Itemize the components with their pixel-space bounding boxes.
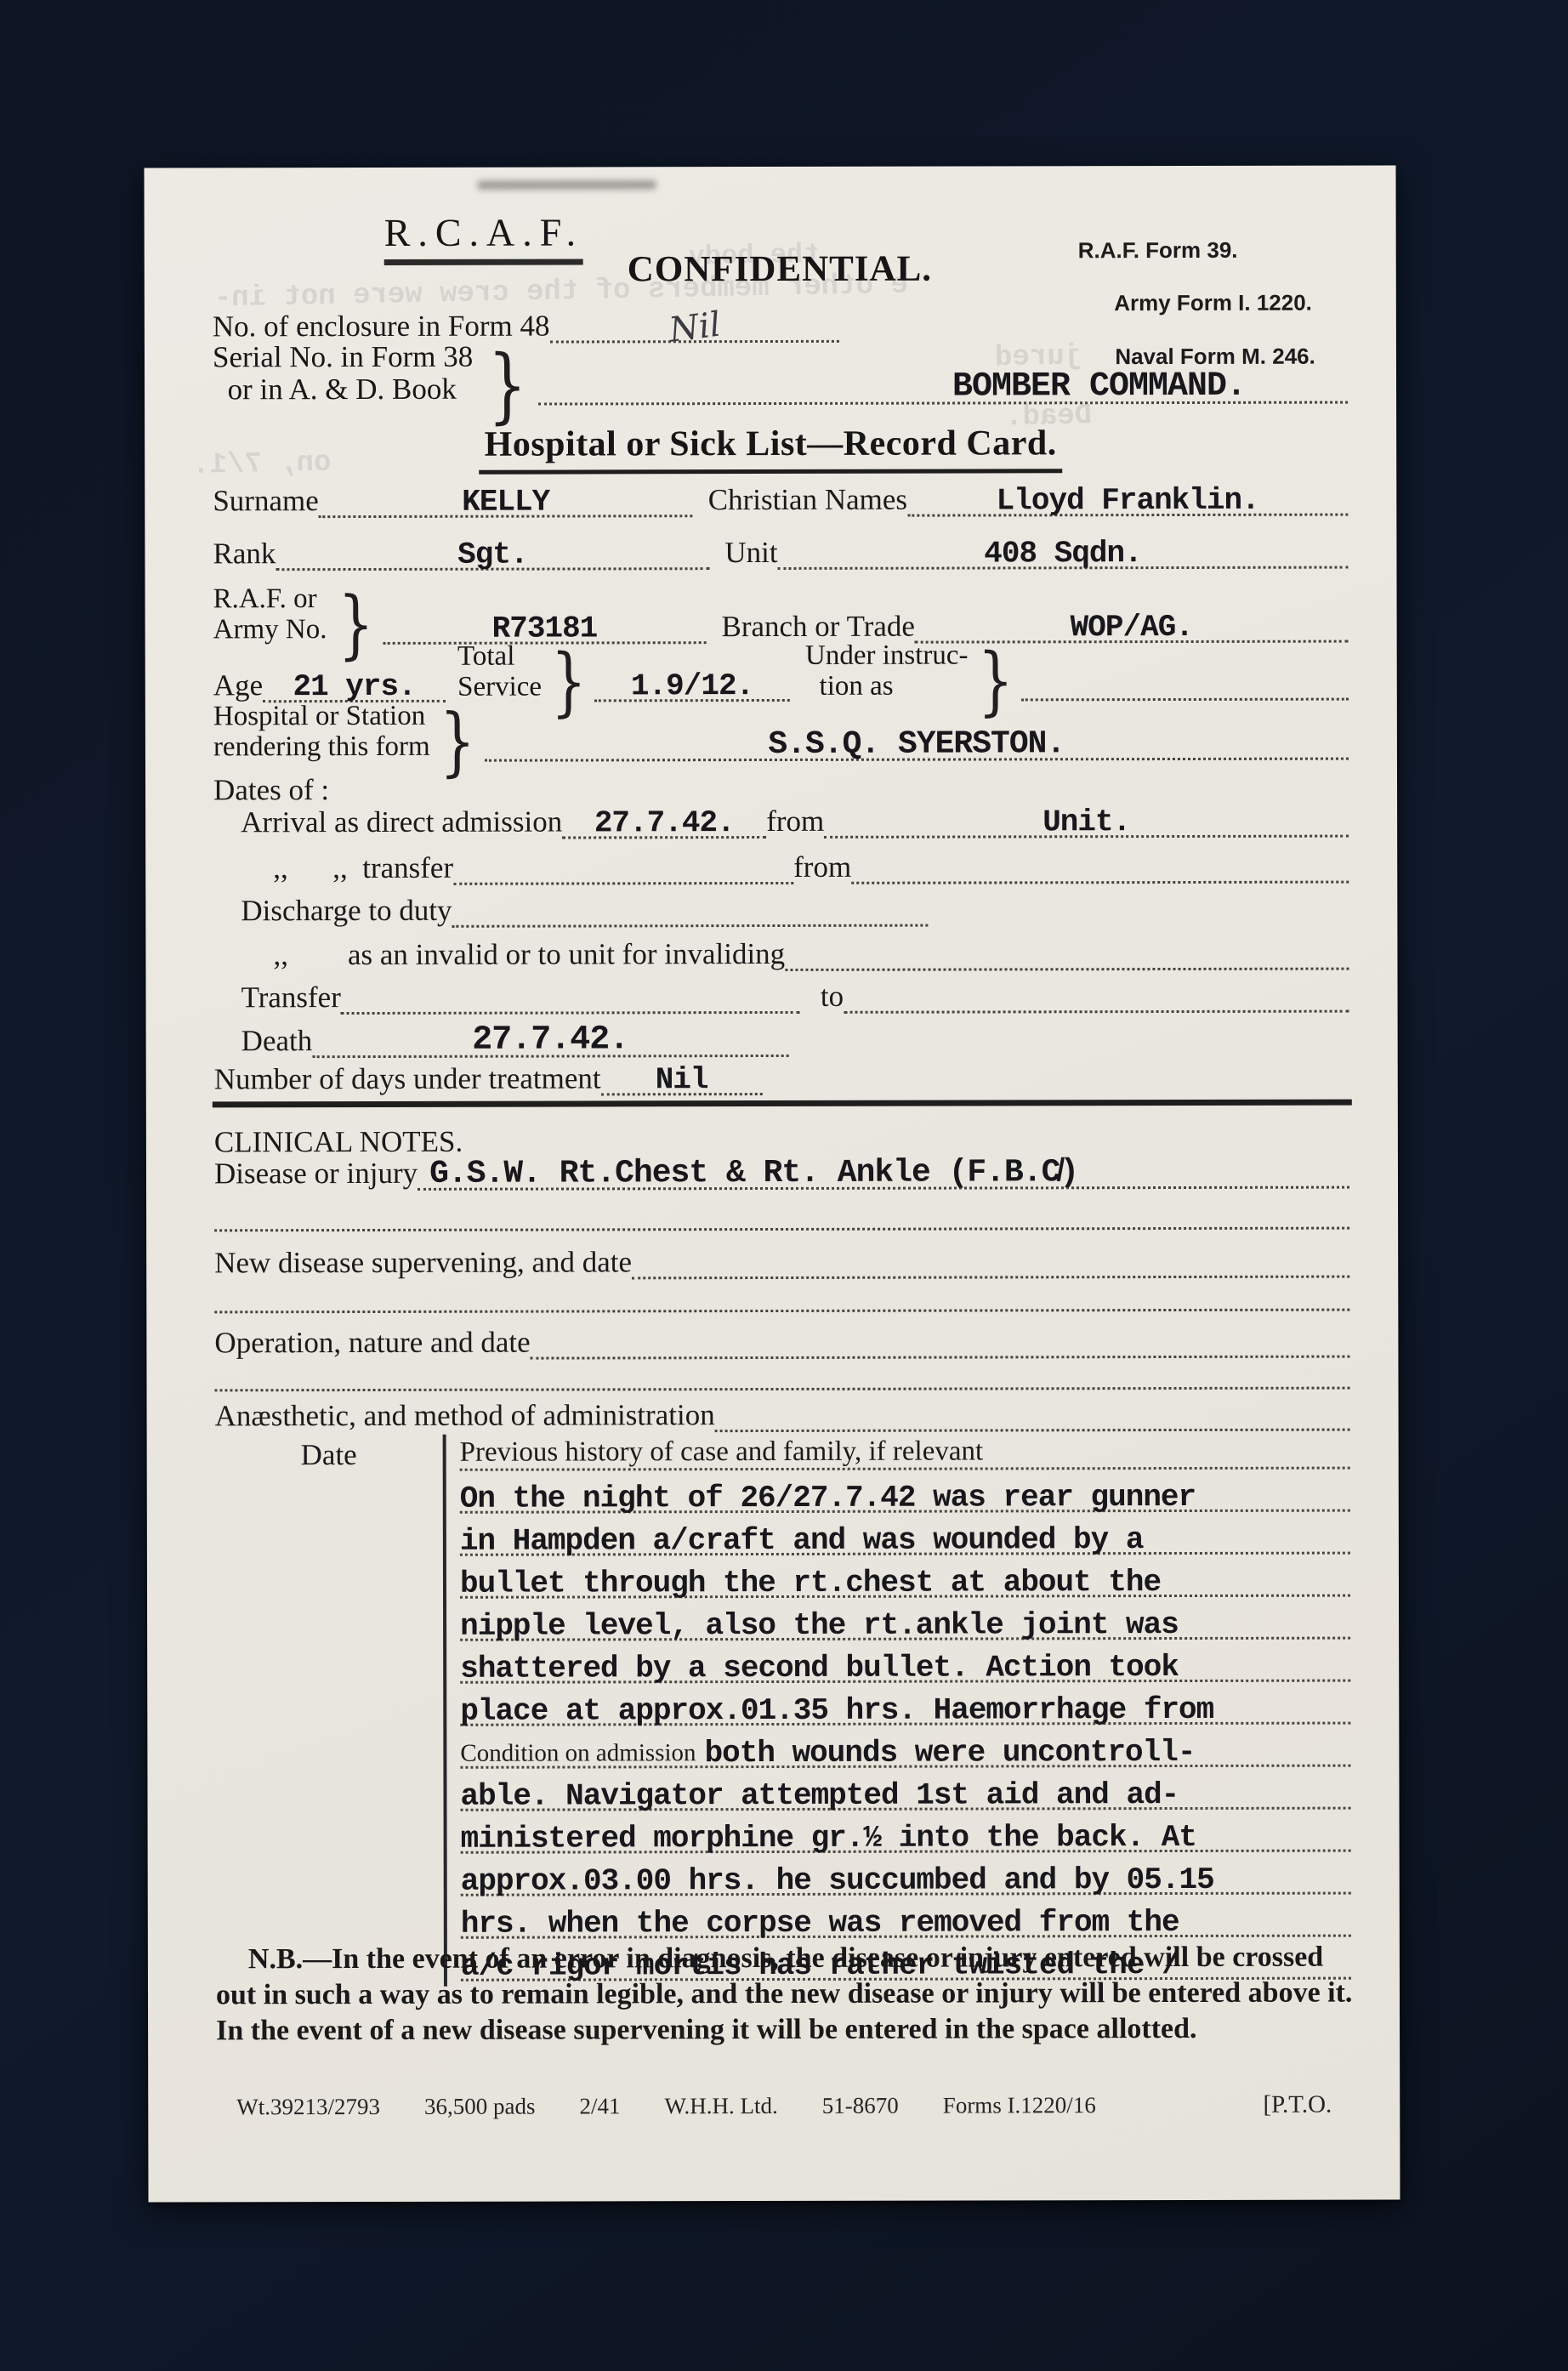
rank-row: Rank Sgt. Unit 408 Sqdn.	[213, 535, 1348, 571]
hospital-value: S.S.Q. SYERSTON.	[768, 726, 1065, 764]
enclosure-row: No. of enclosure in Form 48 Nil	[213, 300, 995, 344]
disease-label: Disease or injury	[214, 1157, 418, 1191]
serial-brace: }	[488, 351, 527, 421]
history-line: in Hampden a/craft and was wounded by a	[460, 1512, 1350, 1556]
card-title: Hospital or Sick List—Record Card.	[480, 423, 1062, 474]
death-row: Death 27.7.42.	[241, 1020, 1349, 1059]
history-line: approx.03.00 hrs. he succumbed and by 05…	[461, 1852, 1351, 1896]
arrival-row: Arrival as direct admission 27.7.42. fro…	[241, 804, 1349, 840]
nb-footnote: N.B.—In the event of an error in diagnos…	[216, 1940, 1355, 2050]
dotted-line	[531, 1347, 1350, 1360]
dotted-line: Sgt.	[276, 537, 709, 571]
disease-row: Disease or injury G.S.W. Rt.Chest & Rt. …	[214, 1154, 1349, 1191]
ink-smudge	[478, 180, 656, 189]
photo-background: the body e other members of the crew wer…	[0, 0, 1568, 2371]
card-title-wrap: Hospital or Sick List—Record Card.	[145, 422, 1396, 475]
serial-label: Serial No. in Form 38 or in A. & D. Book	[213, 341, 473, 406]
rank-label: Rank	[213, 537, 276, 571]
hospital-brace: }	[440, 710, 475, 774]
anaesthetic-row: Anæsthetic, and method of administration	[215, 1397, 1350, 1434]
pto-marker: [P.T.O.	[1263, 2091, 1332, 2119]
dotted-line: 27.7.42.	[562, 805, 766, 839]
record-card: the body e other members of the crew wer…	[144, 165, 1400, 2202]
history-line: hrs. when the corpse was removed from th…	[461, 1895, 1351, 1939]
new-disease-row: New disease supervening, and date	[214, 1244, 1349, 1281]
dotted-line	[785, 959, 1349, 971]
imprint-item: 36,500 pads	[424, 2094, 536, 2120]
history-line: bullet through the rt.chest at about the	[460, 1555, 1350, 1599]
operation-row: Operation, nature and date	[214, 1324, 1349, 1361]
dotted-line	[453, 873, 793, 885]
transfer-to-label: to	[821, 980, 844, 1014]
death-label: Death	[241, 1024, 313, 1058]
dotted-line: 1.9/12.	[594, 668, 790, 702]
unit-label: Unit	[724, 536, 777, 570]
unit-value: 408 Sqdn.	[984, 536, 1142, 571]
dotted-line: G.S.W. Rt.Chest & Rt. Ankle (F.B.C̸)	[418, 1154, 1349, 1191]
history-line: able. Navigator attempted 1st aid and ad…	[460, 1767, 1350, 1811]
imprint-item: W.H.H. Ltd.	[665, 2093, 778, 2119]
dotted-line: S.S.Q. SYERSTON.	[485, 725, 1349, 762]
age-row: Age 21 yrs. TotalService } 1.9/12. Under…	[213, 640, 1349, 703]
total-service-label: TotalService	[457, 642, 542, 702]
dotted-line: KELLY	[319, 484, 693, 518]
hospital-label: Hospital or Stationrendering this form	[213, 702, 430, 763]
total-service-value: 1.9/12.	[631, 668, 753, 703]
condition-on-admission-value: both wounds were uncontroll-	[705, 1735, 1196, 1771]
transfer-admission-row: ,, ,, transfer from	[273, 850, 1349, 886]
service-number-row: R.A.F. orArmy No. } R73181 Branch or Tra…	[213, 583, 1349, 645]
dates-heading: Dates of :	[213, 773, 329, 807]
days-under-treatment-label: Number of days under treatment	[214, 1061, 601, 1096]
dotted-line	[452, 916, 929, 928]
name-row: Surname KELLY Christian Names Lloyd Fran…	[213, 482, 1348, 519]
operation-label: Operation, nature and date	[214, 1326, 530, 1361]
dotted-line	[715, 1420, 1350, 1433]
dotted-line: Nil	[601, 1062, 763, 1095]
under-instruction-label: Under instruc- tion as	[805, 641, 969, 702]
dotted-line	[214, 1363, 1349, 1392]
transfer-to-row: Transfer to	[241, 979, 1349, 1015]
imprint-item: Wt.39213/2793	[236, 2094, 380, 2120]
form-ref: Army Form I. 1220.	[1114, 290, 1312, 316]
age-value: 21 yrs.	[293, 669, 415, 704]
dotted-line	[844, 1002, 1349, 1014]
arrival-from-label: from	[766, 805, 824, 839]
dotted-line: Lloyd Franklin.	[907, 483, 1348, 517]
days-under-treatment-value: Nil	[656, 1062, 708, 1097]
history-line: shattered by a second bullet. Action too…	[460, 1640, 1350, 1684]
arrival-label: Arrival as direct admission	[241, 805, 562, 840]
history-line: nipple level, also the rt.ankle joint wa…	[460, 1597, 1350, 1641]
dotted-line: Nil	[549, 301, 838, 344]
surname-value: KELLY	[462, 485, 549, 520]
history-line: place at approx.01.35 hrs. Haemorrhage f…	[460, 1682, 1350, 1726]
death-date-value: 27.7.42.	[472, 1021, 628, 1059]
dotted-line: 27.7.42.	[312, 1021, 788, 1058]
transfer-from-label: from	[793, 850, 851, 884]
hospital-row: Hospital or Stationrendering this form }…	[213, 700, 1349, 763]
dotted-line: Unit.	[824, 805, 1349, 839]
age-label: Age	[213, 669, 263, 703]
dotted-line: R73181	[383, 611, 706, 645]
new-disease-label: New disease supervening, and date	[214, 1245, 632, 1280]
dotted-line	[214, 1285, 1349, 1314]
discharge-label: Discharge to duty	[241, 894, 452, 929]
condition-on-admission-label: Condition on admission	[460, 1739, 696, 1768]
history-body-column: Previous history of case and family, if …	[443, 1433, 1351, 1987]
dotted-line	[851, 873, 1349, 884]
invalid-row: ,, as an invalid or to unit for invalidi…	[273, 936, 1349, 973]
history-date-column: Date	[215, 1435, 444, 1987]
branch-label: Branch or Trade	[721, 610, 915, 644]
arrival-date-value: 27.7.42.	[594, 805, 735, 840]
clinical-notes-heading: CLINICAL NOTES.	[214, 1125, 463, 1160]
arrival-from-value: Unit.	[1042, 805, 1130, 839]
printer-imprint: Wt.39213/2793 36,500 pads 2/41 W.H.H. Lt…	[236, 2091, 1352, 2122]
service-number-label: R.A.F. orArmy No.	[213, 584, 327, 645]
discharge-row: Discharge to duty	[241, 892, 1349, 929]
history-table: Date Previous history of case and family…	[215, 1433, 1351, 1987]
transfer-admission-label: ,, ,, transfer	[273, 851, 453, 885]
form-ref: R.A.F. Form 39.	[1078, 237, 1238, 263]
invalid-label: ,, as an invalid or to unit for invalidi…	[273, 937, 785, 972]
imprint-item: 51-8670	[822, 2093, 899, 2119]
dotted-line	[341, 1003, 800, 1015]
previous-history-label: Previous history of case and family, if …	[460, 1436, 984, 1468]
christian-names-value: Lloyd Franklin.	[997, 483, 1259, 519]
transfer-label: Transfer	[241, 981, 340, 1015]
days-under-treatment-row: Number of days under treatment Nil	[214, 1060, 1349, 1097]
dotted-line: BOMBER COMMAND.	[538, 367, 1348, 405]
christian-names-label: Christian Names	[708, 483, 907, 517]
history-header-row: Previous history of case and family, if …	[460, 1433, 1350, 1471]
dotted-line: 408 Sqdn.	[778, 536, 1349, 570]
command-value: BOMBER COMMAND.	[952, 367, 1246, 406]
surname-label: Surname	[213, 484, 319, 518]
anaesthetic-label: Anæsthetic, and method of administration	[215, 1398, 715, 1433]
dotted-line: 21 yrs.	[263, 669, 446, 702]
disease-value: G.S.W. Rt.Chest & Rt. Ankle (F.B.C̸)	[429, 1154, 1078, 1192]
history-line: On the night of 26/27.7.42 was rear gunn…	[460, 1470, 1350, 1514]
section-divider-rule	[213, 1100, 1352, 1108]
history-date-header: Date	[301, 1438, 357, 1471]
dotted-line	[214, 1203, 1349, 1232]
rank-value: Sgt.	[457, 537, 528, 572]
condition-on-admission-row: Condition on admission both wounds were …	[460, 1725, 1350, 1769]
dotted-line	[632, 1267, 1349, 1280]
imprint-item: 2/41	[579, 2093, 620, 2119]
confidential-stamp: CONFIDENTIAL.	[628, 248, 932, 291]
organization-heading: R.C.A.F.	[384, 209, 584, 264]
history-line: ministered morphine gr.½ into the back. …	[461, 1810, 1351, 1854]
imprint-item: Forms I.1220/16	[943, 2092, 1096, 2118]
serial-row: Serial No. in Form 38 or in A. & D. Book…	[213, 339, 1348, 406]
